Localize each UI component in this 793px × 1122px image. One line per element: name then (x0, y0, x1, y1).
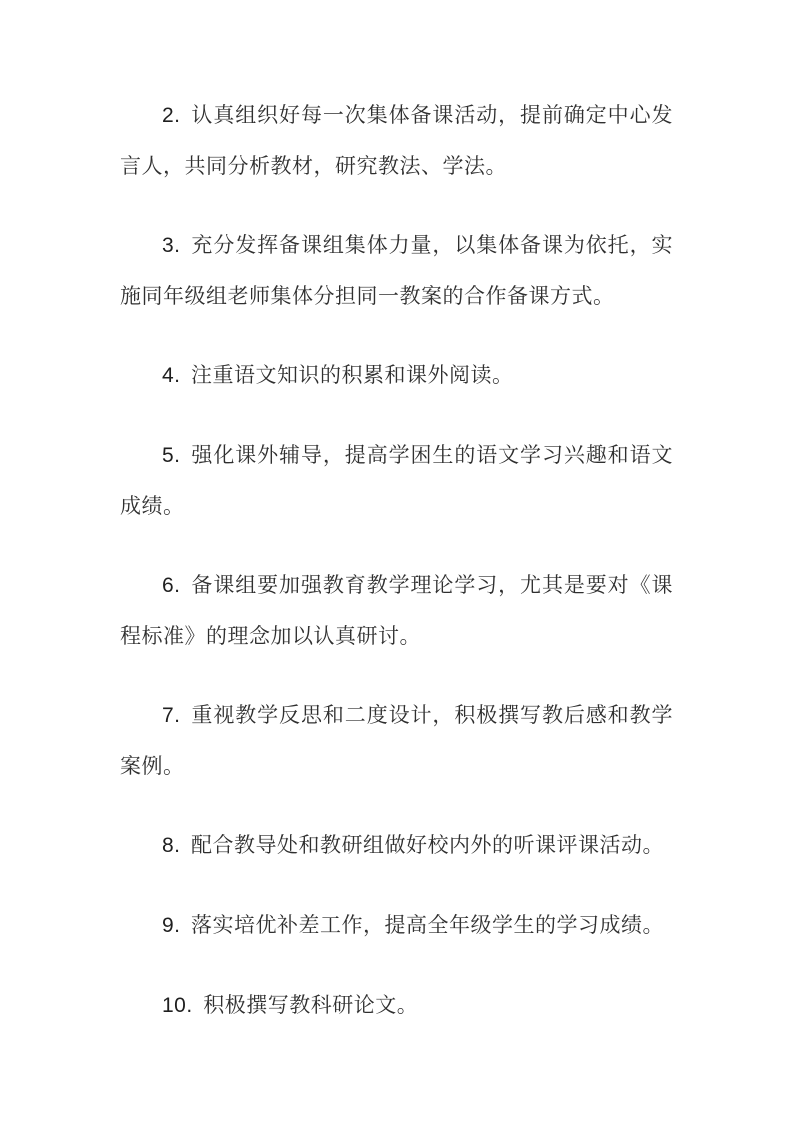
list-item-number: 3. (162, 234, 181, 257)
list-item-number: 9. (162, 914, 181, 937)
list-item-number: 2. (162, 104, 181, 127)
list-item-5: 5.强化课外辅导，提高学困生的语文学习兴趣和语文成绩。 (120, 430, 673, 531)
list-item-text: 配合教导处和教研组做好校内外的听课评课活动。 (191, 833, 664, 857)
list-item-number: 7. (162, 704, 181, 727)
list-item-8: 8.配合教导处和教研组做好校内外的听课评课活动。 (120, 820, 673, 871)
list-item-4: 4.注重语文知识的积累和课外阅读。 (120, 350, 673, 401)
list-item-3: 3.充分发挥备课组集体力量，以集体备课为依托，实施同年级组老师集体分担同一教案的… (120, 220, 673, 321)
list-item-10: 10.积极撰写教科研论文。 (120, 980, 673, 1031)
list-item-number: 8. (162, 834, 181, 857)
document-page: 2.认真组织好每一次集体备课活动，提前确定中心发言人，共同分析教材，研究教法、学… (0, 0, 793, 1122)
list-item-text: 重视教学反思和二度设计，积极撰写教后感和教学案例。 (120, 703, 673, 778)
list-item-number: 4. (162, 364, 181, 387)
list-item-text: 强化课外辅导，提高学困生的语文学习兴趣和语文成绩。 (120, 443, 673, 518)
list-item-text: 积极撰写教科研论文。 (203, 993, 418, 1017)
list-item-2: 2.认真组织好每一次集体备课活动，提前确定中心发言人，共同分析教材，研究教法、学… (120, 90, 673, 191)
list-item-9: 9.落实培优补差工作，提高全年级学生的学习成绩。 (120, 900, 673, 951)
list-item-text: 注重语文知识的积累和课外阅读。 (191, 363, 514, 387)
list-item-6: 6.备课组要加强教育教学理论学习，尤其是要对《课程标准》的理念加以认真研讨。 (120, 560, 673, 661)
list-item-number: 5. (162, 444, 181, 467)
list-item-7: 7.重视教学反思和二度设计，积极撰写教后感和教学案例。 (120, 690, 673, 791)
list-item-text: 充分发挥备课组集体力量，以集体备课为依托，实施同年级组老师集体分担同一教案的合作… (120, 233, 673, 308)
list-item-text: 认真组织好每一次集体备课活动，提前确定中心发言人，共同分析教材，研究教法、学法。 (120, 103, 673, 178)
list-item-number: 10. (162, 994, 193, 1017)
list-item-text: 备课组要加强教育教学理论学习，尤其是要对《课程标准》的理念加以认真研讨。 (120, 573, 673, 648)
list-item-number: 6. (162, 574, 181, 597)
list-item-text: 落实培优补差工作，提高全年级学生的学习成绩。 (191, 913, 664, 937)
